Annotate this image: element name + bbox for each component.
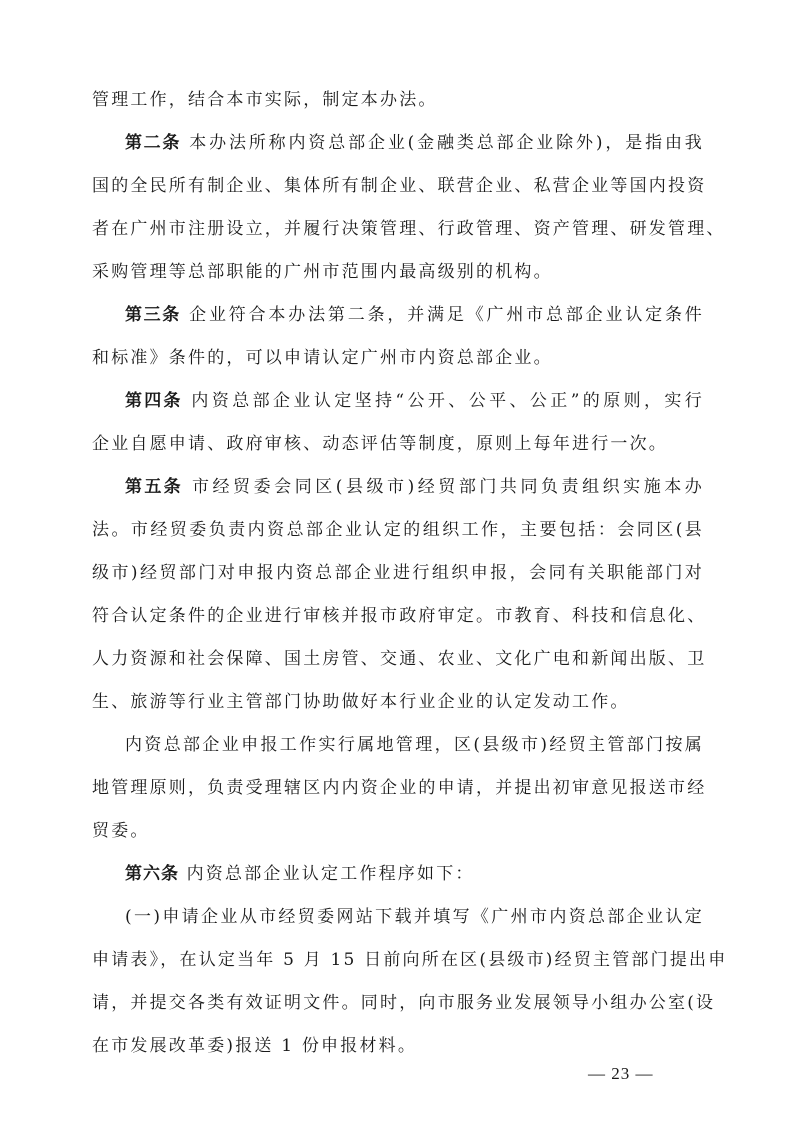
text-line: 者在广州市注册设立，并履行决策管理、行政管理、资产管理、研发管理、 xyxy=(92,217,704,241)
text-line: 企业自愿申请、政府审核、动态评估等制度，原则上每年进行一次。 xyxy=(92,432,704,456)
text-line: 生、旅游等行业主管部门协助做好本行业企业的认定发动工作。 xyxy=(92,690,704,714)
text-line: 请，并提交各类有效证明文件。同时，向市服务业发展领导小组办公室(设 xyxy=(92,991,704,1015)
article-heading: 第五条 xyxy=(125,477,183,497)
article-3-line: 第三条 企业符合本办法第二条，并满足《广州市总部企业认定条件 xyxy=(125,303,704,327)
text-line: 贸委。 xyxy=(92,819,704,843)
text-line: 符合认定条件的企业进行审核并报市政府审定。市教育、科技和信息化、 xyxy=(92,604,704,628)
document-page: 管理工作，结合本市实际，制定本办法。 第二条 本办法所称内资总部企业(金融类总部… xyxy=(0,0,794,1123)
text-line: 在市发展改革委)报送 1 份申报材料。 xyxy=(92,1034,704,1058)
text-line: 法。市经贸委负责内资总部企业认定的组织工作，主要包括：会同区(县 xyxy=(92,518,704,542)
text-line: 和标准》条件的，可以申请认定广州市内资总部企业。 xyxy=(92,346,704,370)
text-line: 级市)经贸部门对申报内资总部企业进行组织申报，会同有关职能部门对 xyxy=(92,561,704,585)
article-heading: 第六条 xyxy=(125,864,179,884)
text-line: 国的全民所有制企业、集体所有制企业、联营企业、私营企业等国内投资 xyxy=(92,174,704,198)
article-6-line: 第六条 内资总部企业认定工作程序如下： xyxy=(125,862,704,886)
article-4-line: 第四条 内资总部企业认定坚持“公开、公平、公正”的原则，实行 xyxy=(125,389,704,413)
page-number: — 23 — xyxy=(588,1064,654,1084)
text-line: 申请表》，在认定当年 5 月 15 日前向所在区(县级市)经贸主管部门提出申 xyxy=(92,948,704,972)
text-line: 管理工作，结合本市实际，制定本办法。 xyxy=(92,88,704,112)
article-heading: 第三条 xyxy=(125,305,181,325)
article-2-line: 第二条 本办法所称内资总部企业(金融类总部企业除外)，是指由我 xyxy=(125,131,704,155)
article-heading: 第四条 xyxy=(125,391,183,411)
article-5-line: 第五条 市经贸委会同区(县级市)经贸部门共同负责组织实施本办 xyxy=(125,475,704,499)
text-line: 采购管理等总部职能的广州市范围内最高级别的机构。 xyxy=(92,260,704,284)
text-line: (一)申请企业从市经贸委网站下载并填写《广州市内资总部企业认定 xyxy=(125,905,704,929)
text-line: 人力资源和社会保障、国土房管、交通、农业、文化广电和新闻出版、卫 xyxy=(92,647,704,671)
text-line: 内资总部企业申报工作实行属地管理，区(县级市)经贸主管部门按属 xyxy=(125,733,704,757)
article-heading: 第二条 xyxy=(125,133,181,153)
text-line: 地管理原则，负责受理辖区内内资企业的申请，并提出初审意见报送市经 xyxy=(92,776,704,800)
